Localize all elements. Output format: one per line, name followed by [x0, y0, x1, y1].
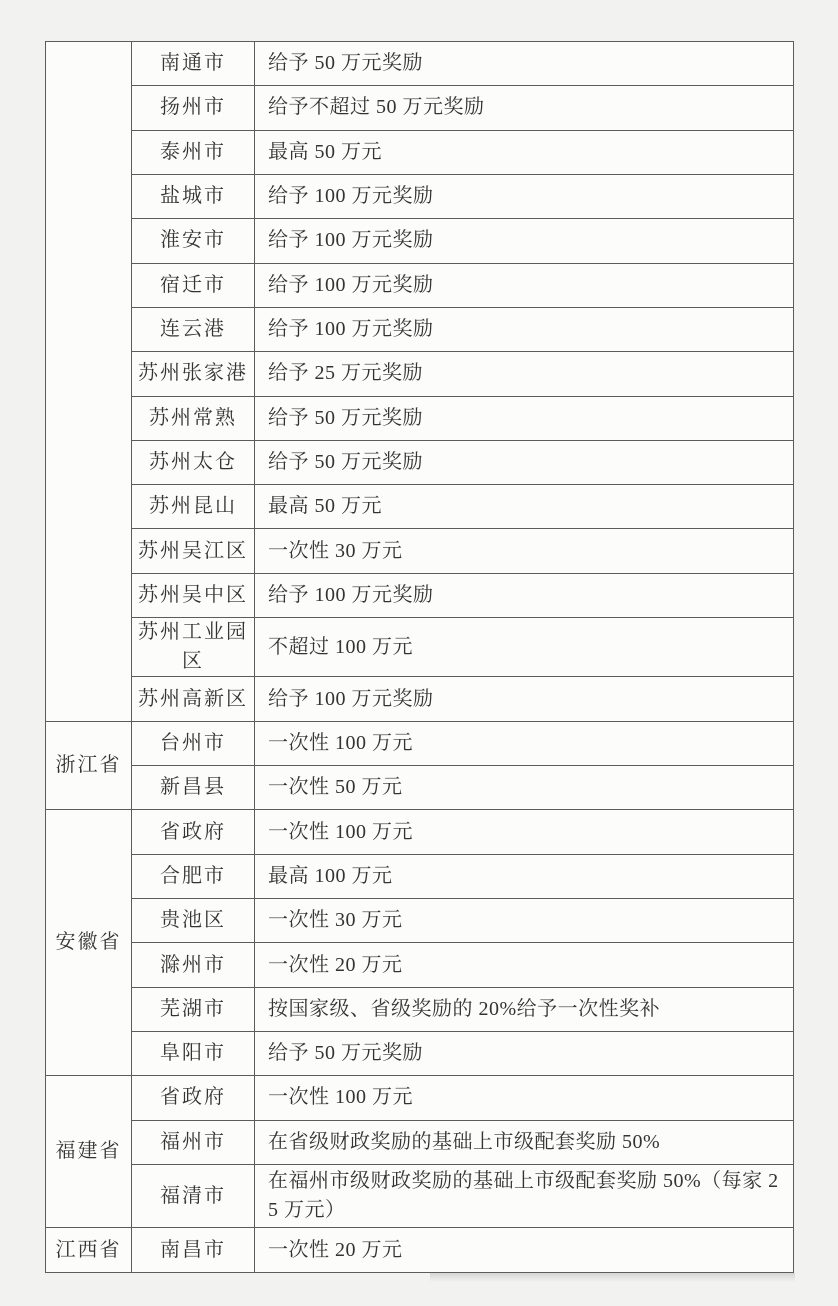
table-row: 阜阳市给予 50 万元奖励	[46, 1031, 794, 1075]
reward-cell: 最高 50 万元	[255, 485, 794, 529]
table-row: 福建省省政府一次性 100 万元	[46, 1076, 794, 1120]
city-cell: 合肥市	[132, 854, 255, 898]
table-row: 福清市在福州市级财政奖励的基础上市级配套奖励 50%（每家 25 万元）	[46, 1164, 794, 1227]
table-row: 合肥市最高 100 万元	[46, 854, 794, 898]
city-cell: 省政府	[132, 1076, 255, 1120]
reward-cell: 给予 100 万元奖励	[255, 573, 794, 617]
reward-cell: 给予 100 万元奖励	[255, 219, 794, 263]
city-cell: 苏州太仓	[132, 440, 255, 484]
table-row: 泰州市最高 50 万元	[46, 130, 794, 174]
city-cell: 芜湖市	[132, 987, 255, 1031]
table-row: 贵池区一次性 30 万元	[46, 899, 794, 943]
reward-cell: 给予 50 万元奖励	[255, 440, 794, 484]
city-cell: 新昌县	[132, 766, 255, 810]
table-row: 江西省南昌市一次性 20 万元	[46, 1228, 794, 1273]
reward-cell: 给予 100 万元奖励	[255, 677, 794, 721]
table-row: 福州市在省级财政奖励的基础上市级配套奖励 50%	[46, 1120, 794, 1164]
table-row: 滁州市一次性 20 万元	[46, 943, 794, 987]
reward-cell: 给予 50 万元奖励	[255, 1031, 794, 1075]
reward-cell: 按国家级、省级奖励的 20%给予一次性奖补	[255, 987, 794, 1031]
table-row: 苏州张家港给予 25 万元奖励	[46, 352, 794, 396]
table-row: 扬州市给予不超过 50 万元奖励	[46, 86, 794, 130]
city-cell: 扬州市	[132, 86, 255, 130]
table-row: 苏州吴中区给予 100 万元奖励	[46, 573, 794, 617]
table-row: 南通市给予 50 万元奖励	[46, 42, 794, 86]
city-cell: 苏州常熟	[132, 396, 255, 440]
city-cell: 苏州张家港	[132, 352, 255, 396]
city-cell: 南通市	[132, 42, 255, 86]
city-cell: 苏州工业园区	[132, 618, 255, 677]
city-cell: 苏州高新区	[132, 677, 255, 721]
reward-cell: 最高 100 万元	[255, 854, 794, 898]
table-row: 苏州常熟给予 50 万元奖励	[46, 396, 794, 440]
table-row: 苏州吴江区一次性 30 万元	[46, 529, 794, 573]
table-row: 浙江省台州市一次性 100 万元	[46, 721, 794, 765]
city-cell: 南昌市	[132, 1228, 255, 1273]
province-cell: 安徽省	[46, 810, 132, 1076]
reward-table: 南通市给予 50 万元奖励扬州市给予不超过 50 万元奖励泰州市最高 50 万元…	[45, 41, 794, 1273]
city-cell: 盐城市	[132, 174, 255, 218]
table-row: 宿迁市给予 100 万元奖励	[46, 263, 794, 307]
reward-cell: 给予 100 万元奖励	[255, 307, 794, 351]
city-cell: 省政府	[132, 810, 255, 854]
city-cell: 苏州昆山	[132, 485, 255, 529]
reward-cell: 给予 50 万元奖励	[255, 42, 794, 86]
city-cell: 连云港	[132, 307, 255, 351]
table-row: 盐城市给予 100 万元奖励	[46, 174, 794, 218]
reward-cell: 一次性 20 万元	[255, 1228, 794, 1273]
city-cell: 福州市	[132, 1120, 255, 1164]
reward-cell: 最高 50 万元	[255, 130, 794, 174]
reward-table-body: 南通市给予 50 万元奖励扬州市给予不超过 50 万元奖励泰州市最高 50 万元…	[46, 42, 794, 1273]
reward-cell: 给予 25 万元奖励	[255, 352, 794, 396]
city-cell: 福清市	[132, 1164, 255, 1227]
reward-cell: 一次性 50 万元	[255, 766, 794, 810]
reward-cell: 不超过 100 万元	[255, 618, 794, 677]
scan-artifact-smudge	[430, 1273, 795, 1282]
reward-cell: 一次性 100 万元	[255, 1076, 794, 1120]
province-cell: 江西省	[46, 1228, 132, 1273]
reward-cell: 给予 100 万元奖励	[255, 263, 794, 307]
table-row: 苏州太仓给予 50 万元奖励	[46, 440, 794, 484]
city-cell: 贵池区	[132, 899, 255, 943]
province-cell	[46, 42, 132, 722]
reward-cell: 在福州市级财政奖励的基础上市级配套奖励 50%（每家 25 万元）	[255, 1164, 794, 1227]
city-cell: 泰州市	[132, 130, 255, 174]
city-cell: 淮安市	[132, 219, 255, 263]
table-row: 新昌县一次性 50 万元	[46, 766, 794, 810]
province-cell: 浙江省	[46, 721, 132, 810]
province-cell: 福建省	[46, 1076, 132, 1228]
table-row: 连云港给予 100 万元奖励	[46, 307, 794, 351]
reward-cell: 一次性 100 万元	[255, 810, 794, 854]
reward-cell: 一次性 100 万元	[255, 721, 794, 765]
city-cell: 滁州市	[132, 943, 255, 987]
city-cell: 宿迁市	[132, 263, 255, 307]
reward-cell: 一次性 30 万元	[255, 899, 794, 943]
table-row: 苏州工业园区不超过 100 万元	[46, 618, 794, 677]
city-cell: 苏州吴中区	[132, 573, 255, 617]
table-row: 芜湖市按国家级、省级奖励的 20%给予一次性奖补	[46, 987, 794, 1031]
reward-cell: 给予不超过 50 万元奖励	[255, 86, 794, 130]
city-cell: 台州市	[132, 721, 255, 765]
reward-cell: 一次性 30 万元	[255, 529, 794, 573]
table-row: 苏州昆山最高 50 万元	[46, 485, 794, 529]
table-row: 淮安市给予 100 万元奖励	[46, 219, 794, 263]
city-cell: 苏州吴江区	[132, 529, 255, 573]
reward-cell: 在省级财政奖励的基础上市级配套奖励 50%	[255, 1120, 794, 1164]
table-row: 安徽省省政府一次性 100 万元	[46, 810, 794, 854]
table-row: 苏州高新区给予 100 万元奖励	[46, 677, 794, 721]
reward-cell: 一次性 20 万元	[255, 943, 794, 987]
city-cell: 阜阳市	[132, 1031, 255, 1075]
reward-cell: 给予 100 万元奖励	[255, 174, 794, 218]
document-page: 南通市给予 50 万元奖励扬州市给予不超过 50 万元奖励泰州市最高 50 万元…	[0, 0, 838, 1306]
reward-cell: 给予 50 万元奖励	[255, 396, 794, 440]
